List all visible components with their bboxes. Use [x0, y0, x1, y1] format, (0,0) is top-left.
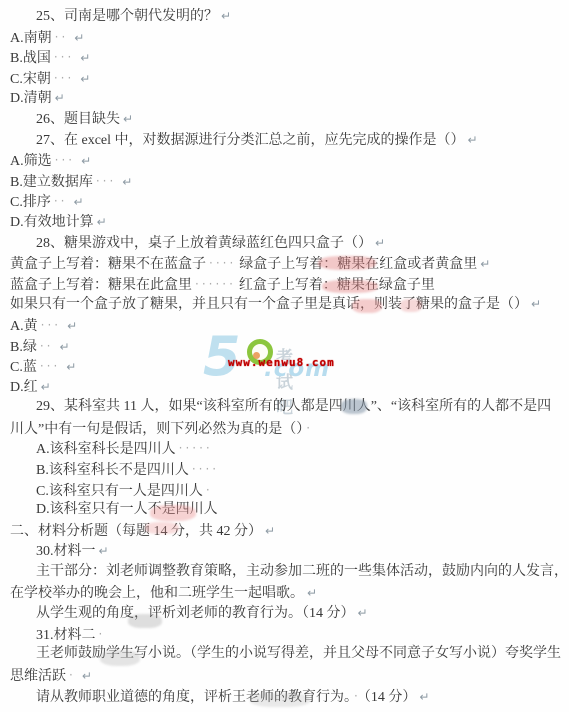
- paragraph-mark-icon: ↵: [70, 195, 83, 209]
- paragraph-mark-icon: ↵: [304, 586, 317, 600]
- paragraph-mark-icon: ↵: [94, 215, 107, 229]
- line-text: C.该科室只有一人是四川人: [36, 484, 203, 499]
- line-text: （14 分）: [364, 690, 417, 705]
- space-marks: ····: [206, 256, 239, 270]
- paragraph-mark-icon: ↵: [56, 340, 69, 354]
- text-line: C.该科室只有一人是四川人·: [0, 480, 569, 501]
- text-line: 31.材料二·: [0, 624, 569, 645]
- line-text: 请从教师职业道德的角度，评析王老师的教育行为。: [36, 690, 351, 705]
- line-text: 红盒子上写着：糖果在绿盒子里: [239, 278, 435, 293]
- text-line: B.战国···↵: [0, 47, 569, 68]
- line-text: 黄盒子上写着：糖果不在蓝盒子: [10, 257, 206, 272]
- text-line: C.宋朝···↵: [0, 68, 569, 89]
- line-text: 如果只有一个盒子放了糖果，并且只有一个盒子里是真话，则装了糖果的盒子是（）: [10, 297, 528, 312]
- exam-document-page: 5 考试吧 .com www.wenwu8.com 25、司南是哪个朝代发明的？…: [0, 0, 569, 712]
- text-line: B.绿··↵: [0, 336, 569, 357]
- text-line: A.该科室科长是四川人·····: [0, 438, 569, 459]
- line-text: A.筛选: [10, 154, 52, 169]
- text-line: C.蓝···↵: [0, 356, 569, 377]
- text-line: B.建立数据库···↵: [0, 171, 569, 192]
- text-line: 在学校举办的晚会上，他和二班学生一起唱歌。↵: [0, 583, 569, 604]
- text-line: 30.材料一↵: [0, 541, 569, 562]
- line-text: 26、题目缺失: [36, 112, 120, 127]
- line-text: 28、糖果游戏中，桌子上放着黄绿蓝红色四只盒子（）: [36, 236, 372, 251]
- space-marks: ···: [38, 318, 64, 332]
- paragraph-mark-icon: ↵: [372, 236, 385, 250]
- paragraph-mark-icon: ↵: [96, 544, 109, 558]
- paragraph-mark-icon: ↵: [465, 133, 478, 147]
- text-line: C.排序··↵: [0, 191, 569, 212]
- line-text: B.绿: [10, 340, 37, 355]
- space-marks: ···: [93, 174, 119, 188]
- paragraph-mark-icon: ↵: [71, 31, 84, 45]
- text-line: 蓝盒子上写着：糖果在此盒里······红盒子上写着：糖果在绿盒子里: [0, 274, 569, 295]
- line-text: 30.材料一: [36, 544, 96, 559]
- text-line: 29、某科室共 11 人，如果“该科室所有的人都是四川人”、“该科室所有的人都不…: [0, 397, 569, 418]
- paragraph-mark-icon: ↵: [77, 72, 90, 86]
- line-text: 29、某科室共 11 人，如果“该科室所有的人都是四川人”、“该科室所有的人都不…: [36, 399, 551, 414]
- text-line: D.红↵: [0, 377, 569, 398]
- text-line: 请从教师职业道德的角度，评析王老师的教育行为。·（14 分）↵: [0, 686, 569, 707]
- text-line: 25、司南是哪个朝代发明的？↵: [0, 6, 569, 27]
- line-text: 绿盒子上写着：糖果在红盒或者黄盒里: [239, 257, 477, 272]
- text-line: 川人”中有一句是假话，则下列必然为真的是（）·: [0, 418, 569, 439]
- space-marks: ····: [189, 462, 222, 476]
- space-marks: ···: [52, 153, 78, 167]
- line-text: B.建立数据库: [10, 175, 93, 190]
- text-line: A.筛选···↵: [0, 150, 569, 171]
- space-marks: ······: [192, 277, 239, 291]
- line-text: 二、材料分析题（每题 14 分，共 42 分）: [10, 524, 262, 539]
- line-text: C.宋朝: [10, 72, 51, 87]
- space-marks: ··: [51, 194, 71, 208]
- text-line: D.有效地计算↵: [0, 212, 569, 233]
- paragraph-mark-icon: ↵: [79, 669, 92, 683]
- line-text: B.该科室科长不是四川人: [36, 463, 189, 478]
- text-line: 王老师鼓励学生写小说。（学生的小说写得差，并且父母不同意子女写小说）夸奖学生: [0, 644, 569, 665]
- text-line: 26、题目缺失↵: [0, 109, 569, 130]
- text-line: D.清朝↵: [0, 88, 569, 109]
- paragraph-mark-icon: ↵: [64, 319, 77, 333]
- paragraph-mark-icon: ↵: [120, 112, 133, 126]
- line-text: 川人”中有一句是假话，则下列必然为真的是（）: [10, 422, 303, 437]
- text-line: 从学生观的角度，评析刘老师的教育行为。（14 分）↵: [0, 603, 569, 624]
- line-text: 25、司南是哪个朝代发明的？: [36, 9, 218, 24]
- line-text: A.南朝: [10, 31, 52, 46]
- text-line: 二、材料分析题（每题 14 分，共 42 分）↵: [0, 521, 569, 542]
- paragraph-mark-icon: ↵: [477, 257, 490, 271]
- line-text: D.该科室只有一人不是四川人: [36, 502, 218, 517]
- text-line: A.黄···↵: [0, 315, 569, 336]
- space-marks: ·: [303, 421, 316, 435]
- space-marks: ·: [66, 668, 79, 682]
- paragraph-mark-icon: ↵: [355, 606, 368, 620]
- line-text: A.黄: [10, 319, 38, 334]
- text-line: 27、在 excel 中，对数据源进行分类汇总之前，应先完成的操作是（）↵: [0, 130, 569, 151]
- space-marks: ··: [52, 30, 72, 44]
- text-line: B.该科室科长不是四川人····: [0, 459, 569, 480]
- line-text: 31.材料二: [36, 628, 96, 643]
- space-marks: ·: [203, 483, 216, 497]
- space-marks: ···: [37, 359, 63, 373]
- space-marks: ·: [96, 627, 109, 641]
- line-text: D.有效地计算: [10, 215, 94, 230]
- text-line: 如果只有一个盒子放了糖果，并且只有一个盒子里是真话，则装了糖果的盒子是（）↵: [0, 294, 569, 315]
- document-lines: 25、司南是哪个朝代发明的？↵A.南朝··↵B.战国···↵C.宋朝···↵D.…: [0, 6, 569, 706]
- text-line: 黄盒子上写着：糖果不在蓝盒子····绿盒子上写着：糖果在红盒或者黄盒里↵: [0, 253, 569, 274]
- line-text: C.排序: [10, 195, 51, 210]
- line-text: 从学生观的角度，评析刘老师的教育行为。（14 分）: [36, 606, 355, 621]
- paragraph-mark-icon: ↵: [78, 154, 91, 168]
- line-text: A.该科室科长是四川人: [36, 442, 176, 457]
- text-line: A.南朝··↵: [0, 27, 569, 48]
- text-line: 主干部分：刘老师调整教育策略，主动参加二班的一些集体活动，鼓励内向的人发言，: [0, 562, 569, 583]
- line-text: D.清朝: [10, 91, 52, 106]
- line-text: 王老师鼓励学生写小说。（学生的小说写得差，并且父母不同意子女写小说）夸奖学生: [36, 646, 561, 661]
- paragraph-mark-icon: ↵: [218, 9, 231, 23]
- space-marks: ·: [351, 689, 364, 703]
- space-marks: ··: [37, 339, 57, 353]
- line-text: B.战国: [10, 51, 51, 66]
- text-line: 思维活跃·↵: [0, 665, 569, 686]
- line-text: 蓝盒子上写着：糖果在此盒里: [10, 278, 192, 293]
- line-text: C.蓝: [10, 360, 37, 375]
- paragraph-mark-icon: ↵: [262, 524, 275, 538]
- line-text: 思维活跃: [10, 669, 66, 684]
- paragraph-mark-icon: ↵: [77, 51, 90, 65]
- paragraph-mark-icon: ↵: [52, 91, 65, 105]
- text-line: D.该科室只有一人不是四川人: [0, 500, 569, 521]
- paragraph-mark-icon: ↵: [38, 380, 51, 394]
- space-marks: ···: [51, 50, 77, 64]
- paragraph-mark-icon: ↵: [416, 690, 429, 704]
- line-text: 27、在 excel 中，对数据源进行分类汇总之前，应先完成的操作是（）: [36, 133, 465, 148]
- space-marks: ···: [51, 71, 77, 85]
- paragraph-mark-icon: ↵: [63, 360, 76, 374]
- paragraph-mark-icon: ↵: [119, 175, 132, 189]
- line-text: 主干部分：刘老师调整教育策略，主动参加二班的一些集体活动，鼓励内向的人发言，: [36, 564, 568, 579]
- text-line: 28、糖果游戏中，桌子上放着黄绿蓝红色四只盒子（）↵: [0, 233, 569, 254]
- space-marks: ·····: [176, 441, 216, 455]
- paragraph-mark-icon: ↵: [528, 297, 541, 311]
- line-text: 在学校举办的晚会上，他和二班学生一起唱歌。: [10, 586, 304, 601]
- line-text: D.红: [10, 380, 38, 395]
